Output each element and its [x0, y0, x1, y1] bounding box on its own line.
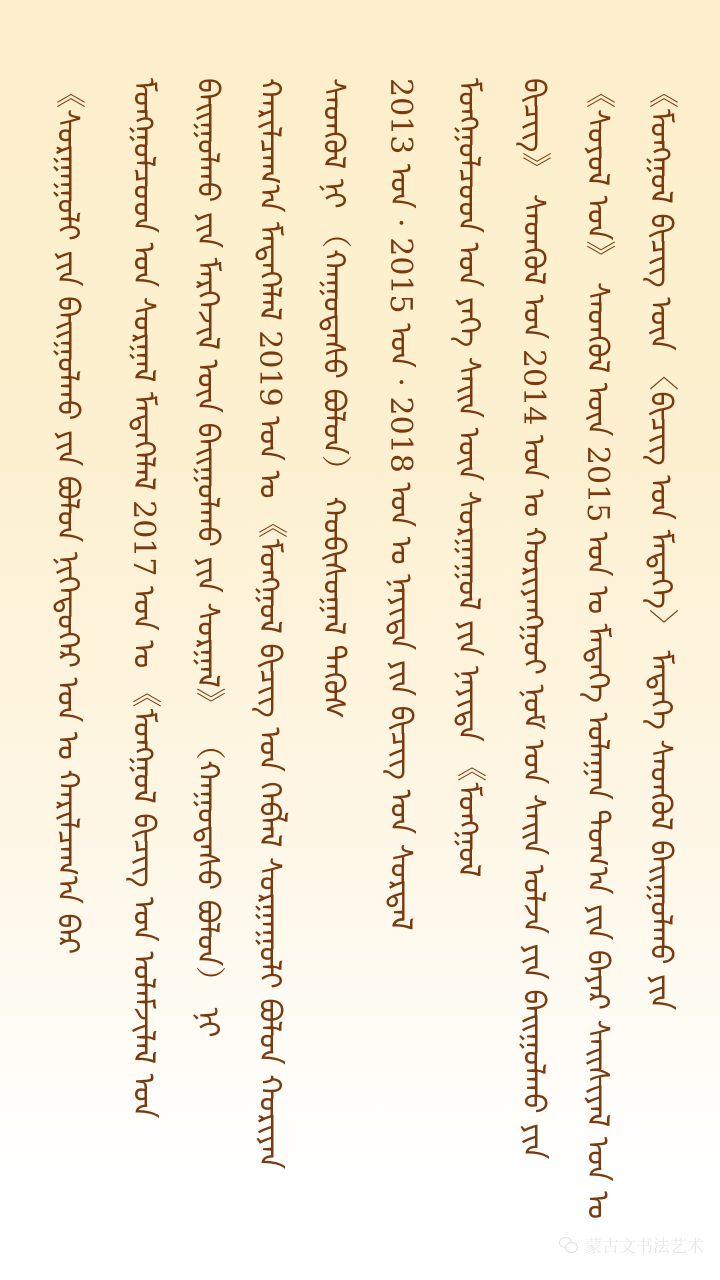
watermark: 蒙古文书法艺术	[559, 1232, 704, 1257]
text-column-6: ᠰᠡᠳᠭᠦᠯ ᠨᠢ （ᠬᠠᠭᠤᠳᠠᠰᠤ ᠪᠣᠯᠤᠨ） ᠬᠤᠪᠢᠰᠤᠭᠠᠯ ᠲᠡᠭ…	[318, 78, 348, 719]
text-column-7: ᠬᠠᠷᠢᠯᠴᠠᠭ᠎ᠠ ᠮᠡᠳᠡᠭᠡᠯᠡᠯ 2019 ᠣᠨ ᠤ 《ᠮᠣᠩᠭᠣᠯ ᠪ…	[254, 78, 284, 1169]
text-column-2: 《ᠰᠣᠶᠣᠯ ᠤᠨ》 ᠰᠡᠳᠭᠦᠯ ᠦᠨ 2015 ᠣᠨ ᠤ ᠮᠡᠳᠡᠭᠡ ᠤᠯ…	[582, 78, 612, 1219]
text-column-3: ᠪᠢᠴᠢᠭ》 ᠰᠡᠳᠭᠦᠯ ᠤᠨ 2014 ᠣᠨ ᠤ ᠬᠤᠷᠢᠶᠠᠩᠭᠤᠢ ᠨᠣ…	[518, 78, 548, 1159]
text-column-4: ᠮᠣᠩᠭᠣᠯᠴᠤᠳ ᠤᠨ ᠶᠡᠬᠡ ᠰᠠᠢᠨ ᠦᠨ ᠰᠤᠷᠭᠠᠭᠤᠯ ᠶᠢᠨ ᠨ…	[453, 78, 483, 877]
wechat-icon	[559, 1236, 579, 1254]
text-column-10: 《ᠰᠤᠷᠭᠠᠭᠤᠯᠢ ᠶᠢᠨ ᠪᠠᠢᠭᠤᠯᠬᠤ ᠶᠢᠨ ᠪᠣᠯᠤᠨ ᠨᠢᠭᠡᠳᠦ…	[52, 78, 82, 954]
text-column-1: 《ᠮᠣᠩᠭᠣᠯ ᠪᠢᠴᠢᠭ ᠦᠨ 〈ᠪᠢᠴᠢᠭ᠌ ᠤᠨ ᠮᠡᠳᠡᠭᠡ〉 ᠮᠡᠳᠡ…	[645, 78, 675, 1010]
watermark-text: 蒙古文书法艺术	[585, 1232, 704, 1257]
text-column-9: ᠮᠣᠩᠭᠣᠯᠴᠤᠳ ᠤᠨ ᠰᠤᠷᠭᠠᠯ ᠮᠡᠳᠡᠭᠡᠯᠡᠯ 2017 ᠣᠨ ᠤ …	[128, 78, 158, 1118]
mongolian-text-page: 《ᠮᠣᠩᠭᠣᠯ ᠪᠢᠴᠢᠭ ᠦᠨ 〈ᠪᠢᠴᠢᠭ᠌ ᠤᠨ ᠮᠡᠳᠡᠭᠡ〉 ᠮᠡᠳᠡ…	[0, 0, 720, 1280]
text-column-8: ᠪᠠᠢᠭᠤᠯᠬᠤ ᠶᠢᠨ ᠮᠡᠷᠭᠡᠵᠢᠯ ᠦᠨ ᠪᠠᠢᠭᠤᠯᠬᠤ ᠶᠢᠨ ᠰᠤ…	[192, 78, 222, 1037]
text-column-5: 2013 ᠣᠨ · 2015 ᠣᠨ · 2018 ᠣᠨ ᠤ ᠨᠡᠶᠢᠲᠡ ᠶᠢᠨ…	[385, 78, 415, 931]
